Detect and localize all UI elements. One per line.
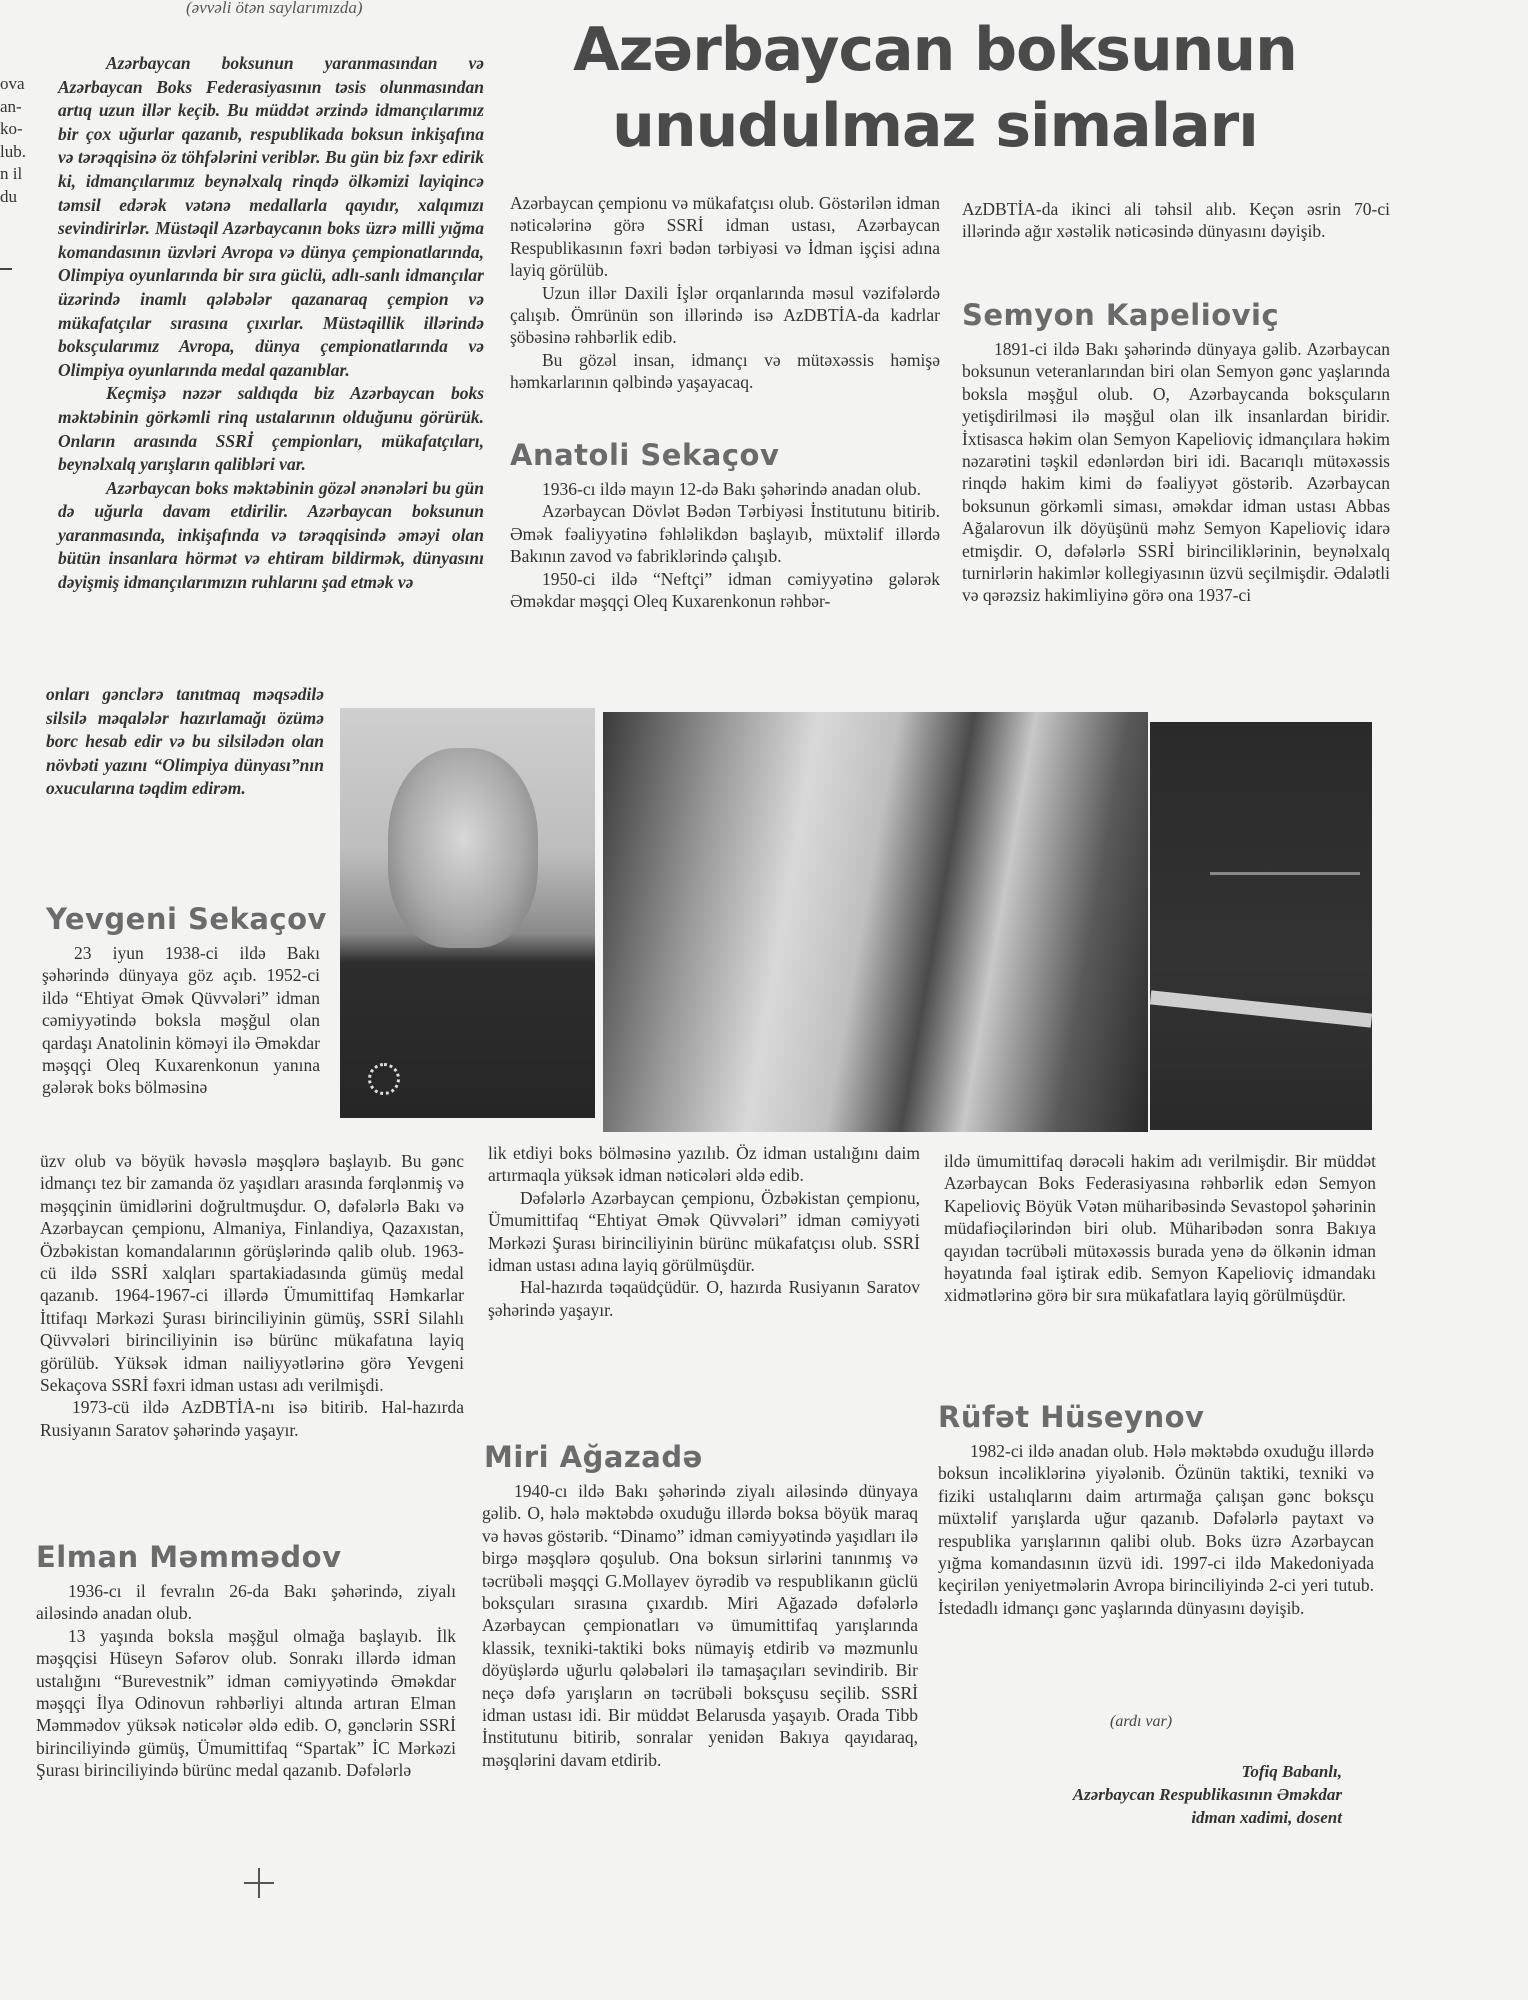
profile-paragraph: 1891-ci ildə Bakı şəhərində dünyaya gəli…	[962, 338, 1390, 607]
intro-narrow-paragraph: onları gənclərə tanıtmaq məqsədilə silsi…	[46, 683, 324, 801]
profile-yevgeni-narrow: 23 iyun 1938-ci ildə Bakı şəhərində düny…	[42, 942, 320, 1099]
margin-fragment: ko-	[0, 118, 40, 141]
margin-fragment: ova	[0, 73, 40, 96]
profile-anatoli-continuation: lik etdiyi boks bölməsinə yazılıb. Öz id…	[488, 1142, 920, 1321]
ring-rope	[1150, 990, 1372, 1027]
profile-paragraph: 1973-cü ildə AzDBTİA-nı isə bitirib. Hal…	[40, 1396, 464, 1441]
profile-heading-anatoli: Anatoli Sekaçov	[510, 438, 779, 472]
headline-line-1: Azərbaycan boksunun	[520, 12, 1350, 88]
article-paragraph: AzDBTİA-da ikinci ali təhsil alıb. Keçən…	[962, 198, 1390, 243]
headline-line-2: unudulmaz simaları	[520, 88, 1350, 164]
ring-rope	[1210, 872, 1360, 875]
profile-paragraph: 1936-cı ildə mayın 12-də Bakı şəhərində …	[510, 478, 940, 500]
kicker: (əvvəli ötən saylarımızda)	[186, 0, 363, 18]
profile-heading-miri: Miri Ağazadə	[484, 1440, 703, 1474]
margin-rule	[0, 268, 12, 270]
boxing-ring-photo	[1150, 722, 1372, 1130]
profile-paragraph: 1982-ci ildə anadan olub. Hələ məktəbdə …	[938, 1440, 1374, 1619]
margin-fragment: lub.	[0, 141, 40, 164]
article-paragraph: Bu gözəl insan, idmançı və mütəxəssis hə…	[510, 349, 940, 394]
author-byline: Tofiq Babanlı, Azərbaycan Respublikasını…	[940, 1760, 1342, 1829]
profile-heading-semyon: Semyon Kapelioviç	[962, 298, 1279, 332]
profile-elman-text: 1936-cı il fevralın 26-da Bakı şəhərində…	[36, 1580, 456, 1782]
margin-fragment: du	[0, 186, 40, 209]
profile-paragraph: üzv olub və böyük həvəslə məşqlərə başla…	[40, 1150, 464, 1396]
profile-paragraph: Azərbaycan Dövlət Bədən Tərbiyəsi İnstit…	[510, 500, 940, 567]
boxing-match-photo	[603, 712, 1148, 1132]
profile-paragraph: ildə ümumittifaq dərəcəli hakim adı veri…	[944, 1150, 1376, 1307]
intro-paragraph: Keçmişə nəzər saldıqda biz Azərbaycan bo…	[58, 382, 484, 476]
intro-text: Azərbaycan boksunun yaranmasından və Azə…	[58, 52, 484, 595]
profile-paragraph: 13 yaşında boksla məşğul olmağa başlayıb…	[36, 1625, 456, 1782]
intro-paragraph: Azərbaycan boksunun yaranmasından və Azə…	[58, 52, 484, 382]
top-middle-column: Azərbaycan çempionu və mükafatçısı olub.…	[510, 192, 940, 394]
margin-fragment: n il	[0, 163, 40, 186]
profile-heading-yevgeni: Yevgeni Sekaçov	[46, 902, 327, 936]
profile-paragraph: Dəfələrlə Azərbaycan çempionu, Özbəkista…	[488, 1187, 920, 1277]
profile-paragraph: Hal-hazırda təqaüdçüdür. O, hazırda Rusi…	[488, 1276, 920, 1321]
portrait-face	[388, 748, 538, 948]
top-right-column: AzDBTİA-da ikinci ali təhsil alıb. Keçən…	[962, 198, 1390, 243]
crop-mark-icon	[244, 1868, 274, 1898]
intro-text-narrow: onları gənclərə tanıtmaq məqsədilə silsi…	[46, 683, 324, 801]
profile-semyon-text: 1891-ci ildə Bakı şəhərində dünyaya gəli…	[962, 338, 1390, 607]
profile-paragraph: 23 iyun 1938-ci ildə Bakı şəhərində düny…	[42, 942, 320, 1099]
profile-paragraph: lik etdiyi boks bölməsinə yazılıb. Öz id…	[488, 1142, 920, 1187]
portrait-photo	[340, 708, 595, 1118]
profile-paragraph: 1936-cı il fevralın 26-da Bakı şəhərində…	[36, 1580, 456, 1625]
profile-heading-rufat: Rüfət Hüseynov	[938, 1400, 1204, 1434]
author-title-line: idman xadimi, dosent	[940, 1806, 1342, 1829]
intro-paragraph: Azərbaycan boks məktəbinin gözəl ənənələ…	[58, 477, 484, 595]
continued-note: (ardı var)	[1110, 1713, 1172, 1731]
page-title: Azərbaycan boksunun unudulmaz simaları	[520, 12, 1350, 164]
article-paragraph: Azərbaycan çempionu və mükafatçısı olub.…	[510, 192, 940, 282]
profile-paragraph: 1940-cı ildə Bakı şəhərində ziyalı ailəs…	[482, 1480, 918, 1771]
profile-miri-text: 1940-cı ildə Bakı şəhərində ziyalı ailəs…	[482, 1480, 918, 1771]
adjacent-page-fragments: ova an- ko- lub. n il du	[0, 73, 40, 209]
profile-yevgeni-text: üzv olub və böyük həvəslə məşqlərə başla…	[40, 1150, 464, 1441]
author-name: Tofiq Babanlı,	[940, 1760, 1342, 1783]
profile-paragraph: 1950-ci ildə “Neftçi” idman cəmiyyətinə …	[510, 568, 940, 613]
profile-heading-elman: Elman Məmmədov	[36, 1540, 342, 1574]
profile-rufat-text: 1982-ci ildə anadan olub. Hələ məktəbdə …	[938, 1440, 1374, 1619]
author-title-line: Azərbaycan Respublikasının Əməkdar	[940, 1783, 1342, 1806]
article-paragraph: Uzun illər Daxili İşlər orqanlarında məs…	[510, 282, 940, 349]
medal-icon	[368, 1063, 400, 1095]
profile-semyon-continuation: ildə ümumittifaq dərəcəli hakim adı veri…	[944, 1150, 1376, 1307]
margin-fragment: an-	[0, 96, 40, 119]
profile-anatoli-text: 1936-cı ildə mayın 12-də Bakı şəhərində …	[510, 478, 940, 612]
